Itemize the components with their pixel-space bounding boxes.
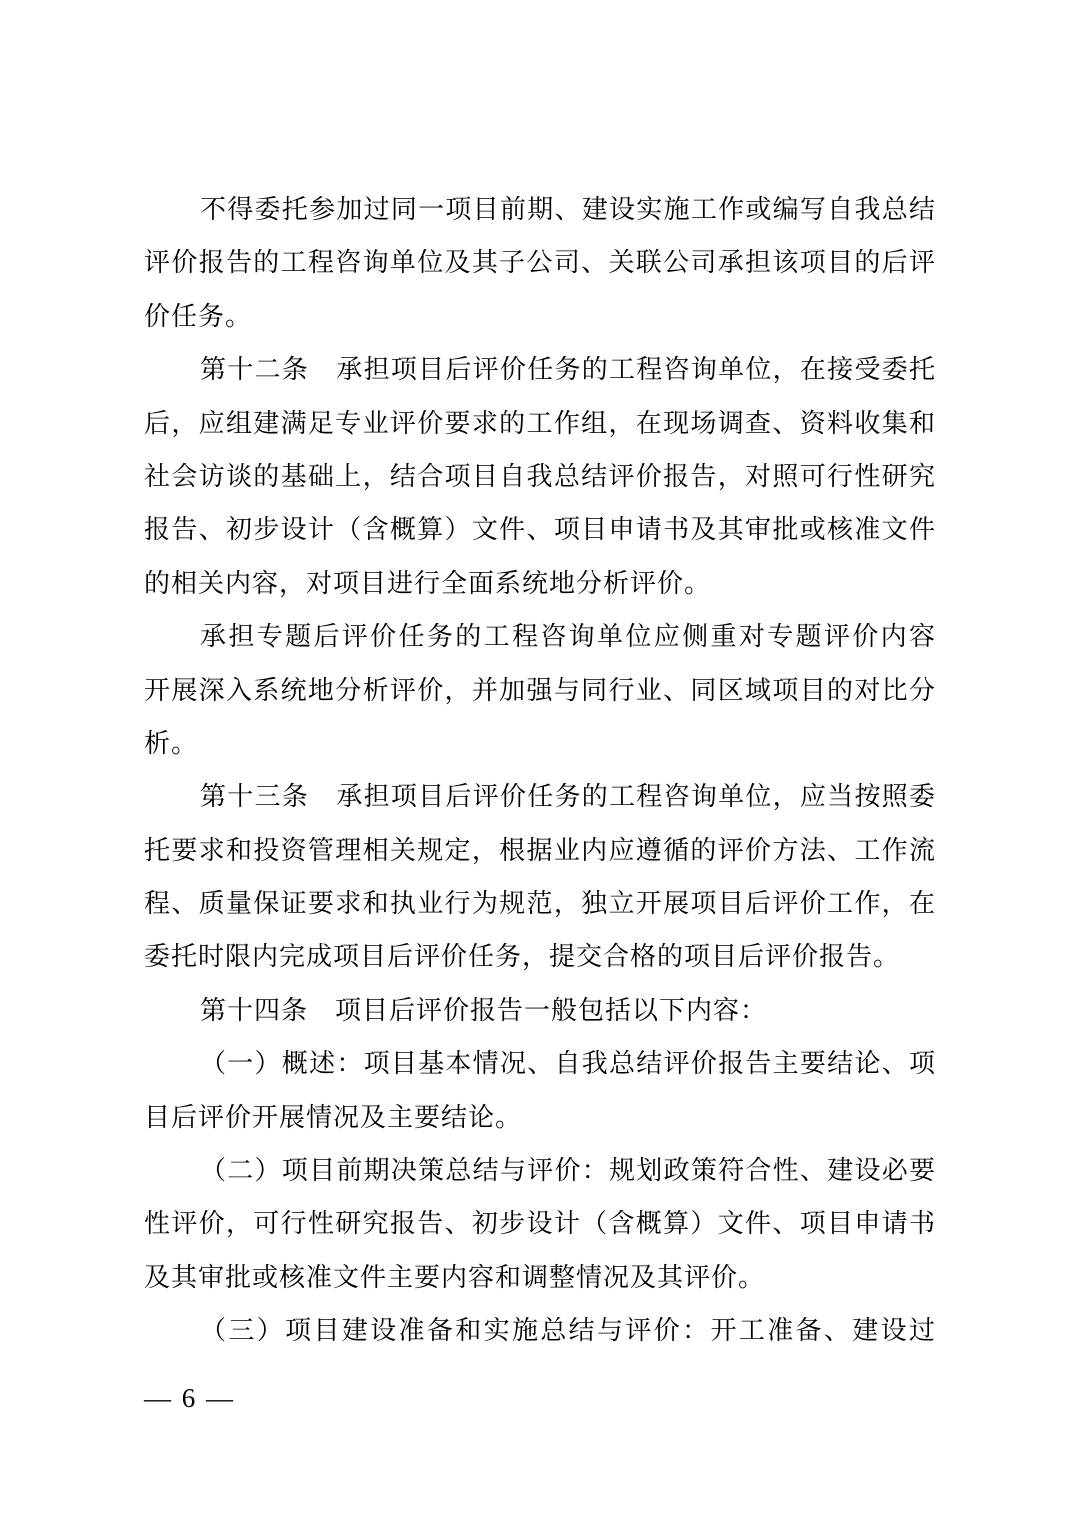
text-line: 委托时限内完成项目后评价任务，提交合格的项目后评价报告。 [144, 930, 936, 983]
text-line: 托要求和投资管理相关规定，根据业内应遵循的评价方法、工作流 [144, 824, 936, 877]
text-line: 社会访谈的基础上，结合项目自我总结评价报告，对照可行性研究 [144, 450, 936, 503]
text-line: 析。 [144, 717, 936, 770]
text-line: 承担专题后评价任务的工程咨询单位应侧重对专题评价内容 [144, 610, 936, 663]
document-page: 不得委托参加过同一项目前期、建设实施工作或编写自我总结 评价报告的工程咨询单位及… [0, 0, 1080, 1527]
page-number: — 6 — [144, 1383, 235, 1413]
text-line: 及其审批或核准文件主要内容和调整情况及其评价。 [144, 1251, 936, 1304]
text-line: （一）概述：项目基本情况、自我总结评价报告主要结论、项 [144, 1037, 936, 1090]
page-footer: — 6 — [144, 1378, 235, 1418]
text-line: 开展深入系统地分析评价，并加强与同行业、同区域项目的对比分 [144, 664, 936, 717]
text-line: 不得委托参加过同一项目前期、建设实施工作或编写自我总结 [144, 183, 936, 236]
text-line: 价任务。 [144, 290, 936, 343]
text-line: 评价报告的工程咨询单位及其子公司、关联公司承担该项目的后评 [144, 236, 936, 289]
text-line: 的相关内容，对项目进行全面系统地分析评价。 [144, 557, 936, 610]
document-body: 不得委托参加过同一项目前期、建设实施工作或编写自我总结 评价报告的工程咨询单位及… [144, 183, 936, 1358]
text-line: 目后评价开展情况及主要结论。 [144, 1091, 936, 1144]
text-line: 程、质量保证要求和执业行为规范，独立开展项目后评价工作，在 [144, 877, 936, 930]
text-line: 报告、初步设计（含概算）文件、项目申请书及其审批或核准文件 [144, 503, 936, 556]
text-line: 第十二条 承担项目后评价任务的工程咨询单位，在接受委托 [144, 343, 936, 396]
text-line: （二）项目前期决策总结与评价：规划政策符合性、建设必要 [144, 1144, 936, 1197]
text-line: 第十四条 项目后评价报告一般包括以下内容： [144, 984, 936, 1037]
text-line: （三）项目建设准备和实施总结与评价：开工准备、建设过程、 [144, 1304, 936, 1357]
text-line: 第十三条 承担项目后评价任务的工程咨询单位，应当按照委 [144, 770, 936, 823]
text-line: 后，应组建满足专业评价要求的工作组，在现场调查、资料收集和 [144, 397, 936, 450]
text-line: 性评价，可行性研究报告、初步设计（含概算）文件、项目申请书 [144, 1197, 936, 1250]
